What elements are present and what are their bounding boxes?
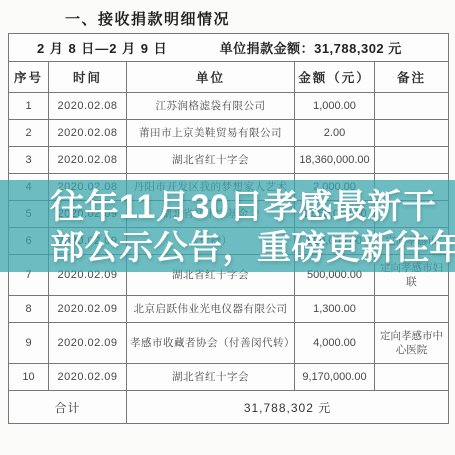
row-note [375,296,449,323]
row-amount: 9,170,000.00 [295,364,375,391]
row-time: 2020.02.08 [49,147,127,174]
row-amount: 4,000.00 [295,323,375,364]
row-unit: 湖北省红十字会 [127,147,295,174]
row-unit: 江苏润格滤袋有限公司 [127,93,295,120]
section-title: 一、接收捐款明细情况 [65,8,230,29]
row-seq: 1 [9,93,49,120]
row-note [375,93,449,120]
row-seq: 2 [9,120,49,147]
table-row: 92020.02.09孝感市收藏者协会（付善闵代转）4,000.00定向孝感市中… [9,323,449,364]
row-seq: 8 [9,296,49,323]
row-note [375,120,449,147]
row-note [375,147,449,174]
table-row: 22020.02.08莆田市上京美鞋贸易有限公司2.00 [9,120,449,147]
row-note [375,364,449,391]
row-amount: 1,000.00 [295,93,375,120]
row-unit: 北京启跃伟业光电仪器有限公司 [127,296,295,323]
row-seq: 3 [9,147,49,174]
row-unit: 孝感市收藏者协会（付善闵代转） [127,323,295,364]
table-header-row: 序号 时间 单位 金额（元） 备注 [9,62,449,93]
total-row-label: 合计 [9,391,127,424]
row-seq: 9 [9,323,49,364]
table-row: 32020.02.08湖北省红十字会18,360,000.00 [9,147,449,174]
row-unit: 湖北省红十字会 [127,364,295,391]
row-seq: 10 [9,364,49,391]
table-row: 102020.02.09湖北省红十字会9,170,000.00 [9,364,449,391]
col-header-amount: 金额（元） [295,62,375,93]
table-row: 12020.02.08江苏润格滤袋有限公司1,000.00 [9,93,449,120]
news-banner-overlay: 往年11月30日孝感最新干 部公示公告，重磅更新往年 [0,180,455,272]
row-amount: 1,300.00 [295,296,375,323]
row-note: 定向孝感市中心医院 [375,323,449,364]
scanned-document-page: 一、接收捐款明细情况 2 月 8 日—2 月 9 日 单位捐款金额：31,788… [0,0,455,455]
col-header-seq: 序号 [9,62,49,93]
total-row-value: 31,788,302 元 [127,391,449,424]
table-row: 82020.02.09北京启跃伟业光电仪器有限公司1,300.00 [9,296,449,323]
date-range: 2 月 8 日—2 月 9 日 [37,38,168,57]
period-row: 2 月 8 日—2 月 9 日 单位捐款金额：31,788,302 元 [9,34,449,62]
row-time: 2020.02.08 [49,93,127,120]
row-amount: 2.00 [295,120,375,147]
row-time: 2020.02.09 [49,296,127,323]
col-header-unit: 单位 [127,62,295,93]
row-time: 2020.02.08 [49,120,127,147]
row-time: 2020.02.09 [49,364,127,391]
grand-total-label: 单位捐款金额：31,788,302 元 [220,38,402,57]
row-time: 2020.02.09 [49,323,127,364]
row-unit: 莆田市上京美鞋贸易有限公司 [127,120,295,147]
total-row: 合计 31,788,302 元 [9,391,449,424]
col-header-note: 备注 [375,62,449,93]
row-amount: 18,360,000.00 [295,147,375,174]
banner-text-line2: 部公示公告，重磅更新往年 [50,228,455,269]
banner-text-line1: 往年11月30日孝感最新干 [50,187,455,228]
col-header-time: 时间 [49,62,127,93]
